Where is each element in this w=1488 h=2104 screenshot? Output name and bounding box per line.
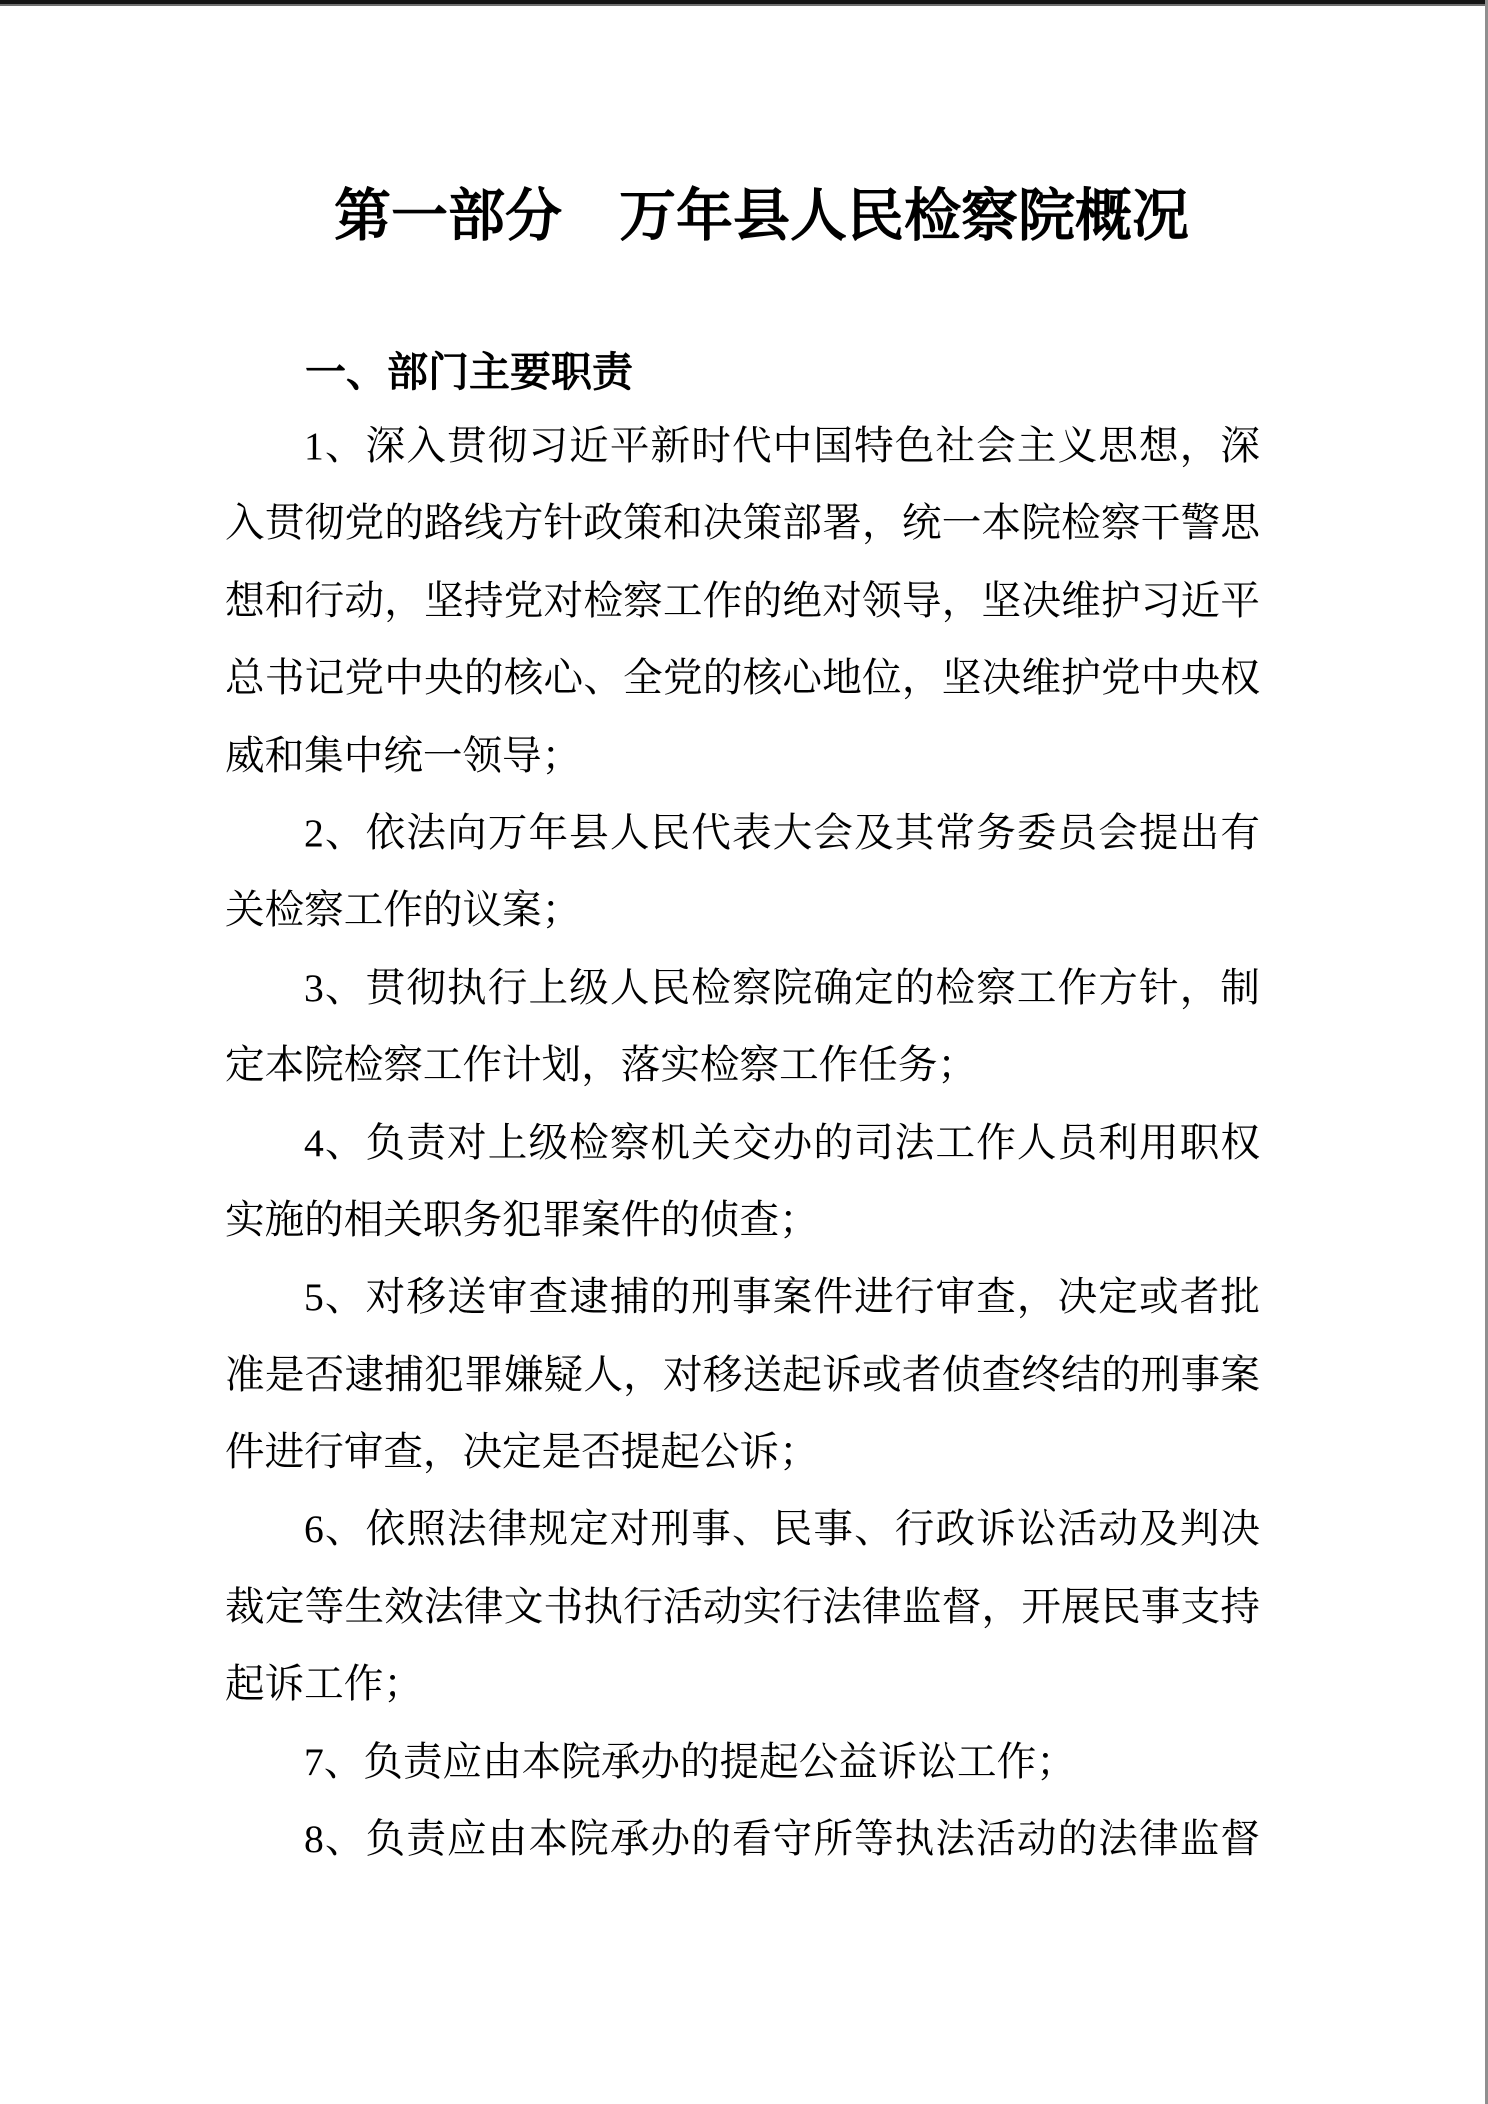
text-line: 定本院检察工作计划，落实检察工作任务； <box>225 1027 1260 1104</box>
text-line: 1、深入贯彻习近平新时代中国特色社会主义思想，深 <box>225 408 1260 485</box>
text-line: 入贯彻党的路线方针政策和决策部署，统一本院检察干警思 <box>225 485 1260 562</box>
section-heading: 一、部门主要职责 <box>305 352 633 393</box>
text-line: 7、负责应由本院承办的提起公益诉讼工作； <box>225 1724 1260 1801</box>
text-line: 8、负责应由本院承办的看守所等执法活动的法律监督 <box>225 1801 1260 1878</box>
text-line: 裁定等生效法律文书执行活动实行法律监督，开展民事支持 <box>225 1569 1260 1646</box>
text-line: 5、对移送审查逮捕的刑事案件进行审查，决定或者批 <box>225 1259 1260 1336</box>
text-line: 4、负责对上级检察机关交办的司法工作人员利用职权 <box>225 1105 1260 1182</box>
page-title: 第一部分 万年县人民检察院概况 <box>334 188 1189 245</box>
text-line: 起诉工作； <box>225 1646 1260 1723</box>
text-line: 件进行审查，决定是否提起公诉； <box>225 1414 1260 1491</box>
text-line: 2、依法向万年县人民代表大会及其常务委员会提出有 <box>225 795 1260 872</box>
text-line: 3、贯彻执行上级人民检察院确定的检察工作方针，制 <box>225 950 1260 1027</box>
scan-top-bar <box>0 0 1488 6</box>
body-text: 1、深入贯彻习近平新时代中国特色社会主义思想，深入贯彻党的路线方针政策和决策部署… <box>225 408 1260 1878</box>
text-line: 准是否逮捕犯罪嫌疑人，对移送起诉或者侦查终结的刑事案 <box>225 1337 1260 1414</box>
text-line: 想和行动，坚持党对检察工作的绝对领导，坚决维护习近平 <box>225 563 1260 640</box>
text-line: 关检察工作的议案； <box>225 872 1260 949</box>
document-page: 第一部分 万年县人民检察院概况 一、部门主要职责 1、深入贯彻习近平新时代中国特… <box>0 0 1488 2104</box>
text-line: 威和集中统一领导； <box>225 718 1260 795</box>
text-line: 6、依照法律规定对刑事、民事、行政诉讼活动及判决 <box>225 1491 1260 1568</box>
text-line: 总书记党中央的核心、全党的核心地位，坚决维护党中央权 <box>225 640 1260 717</box>
text-line: 实施的相关职务犯罪案件的侦查； <box>225 1182 1260 1259</box>
